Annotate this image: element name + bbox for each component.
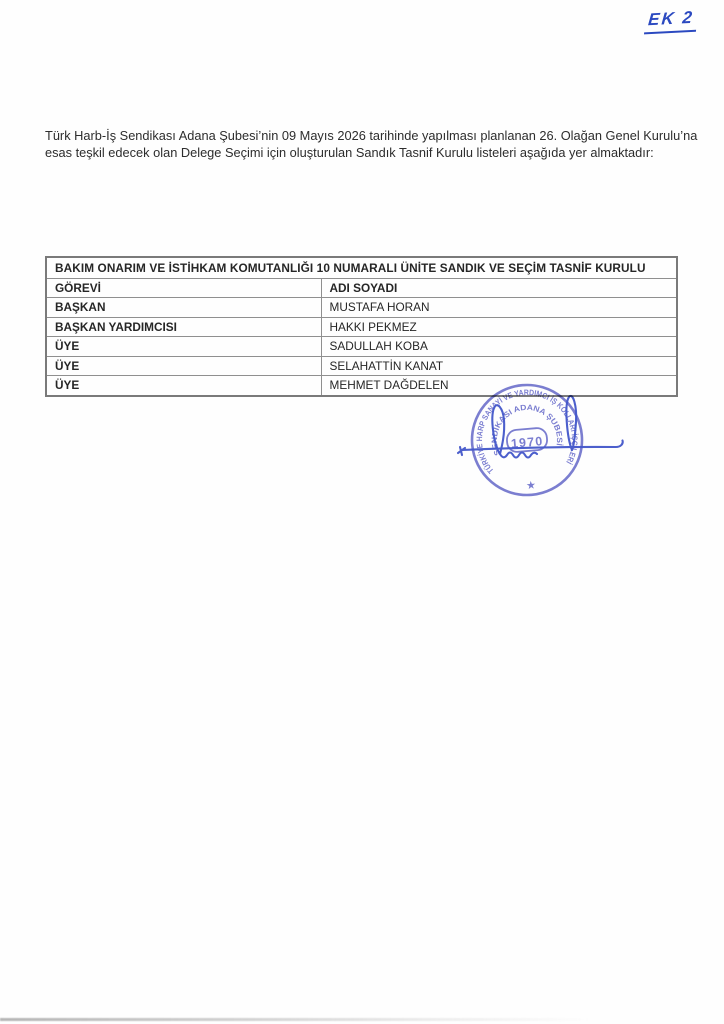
table-title-row: BAKIM ONARIM VE İSTİHKAM KOMUTANLIĞI 10 … <box>46 257 677 278</box>
name-cell: HAKKI PEKMEZ <box>321 317 677 337</box>
table-row: BAŞKAN MUSTAFA HORAN <box>46 298 677 318</box>
table-title: BAKIM ONARIM VE İSTİHKAM KOMUTANLIĞI 10 … <box>46 257 677 278</box>
name-cell: SADULLAH KOBA <box>321 337 677 357</box>
table-row: ÜYE SADULLAH KOBA <box>46 337 677 357</box>
role-cell: ÜYE <box>46 376 321 396</box>
role-cell: BAŞKAN YARDIMCISI <box>46 317 321 337</box>
intro-paragraph: Türk Harb-İş Sendikası Adana Şubesi’nin … <box>45 128 705 162</box>
role-cell: ÜYE <box>46 356 321 376</box>
column-header-adi-soyadi: ADI SOYADI <box>321 278 677 298</box>
role-cell: ÜYE <box>46 337 321 357</box>
scanned-document-page: EK 2 Türk Harb-İş Sendikası Adana Şubesi… <box>0 0 724 1024</box>
union-stamp-and-signature: TÜRKİYE HARP SANAYİ VE YARDIMCI İŞ KOLLA… <box>450 368 635 513</box>
role-cell: BAŞKAN <box>46 298 321 318</box>
name-cell: MUSTAFA HORAN <box>321 298 677 318</box>
column-header-gorevi: GÖREVİ <box>46 278 321 298</box>
handwritten-annotation: EK 2 <box>644 8 697 35</box>
table-header-row: GÖREVİ ADI SOYADI <box>46 278 677 298</box>
stamp-star-icon: ★ <box>525 478 536 492</box>
signature-squiggle <box>500 453 537 458</box>
intro-line-1: Türk Harb-İş Sendikası Adana Şubesi’nin … <box>45 128 705 145</box>
annotation-text: EK 2 <box>644 8 698 35</box>
table-row: BAŞKAN YARDIMCISI HAKKI PEKMEZ <box>46 317 677 337</box>
scan-edge-artifact <box>0 1018 590 1021</box>
intro-line-2: esas teşkil edecek olan Delege Seçimi iç… <box>45 145 705 162</box>
signature-left-tick <box>458 447 465 455</box>
